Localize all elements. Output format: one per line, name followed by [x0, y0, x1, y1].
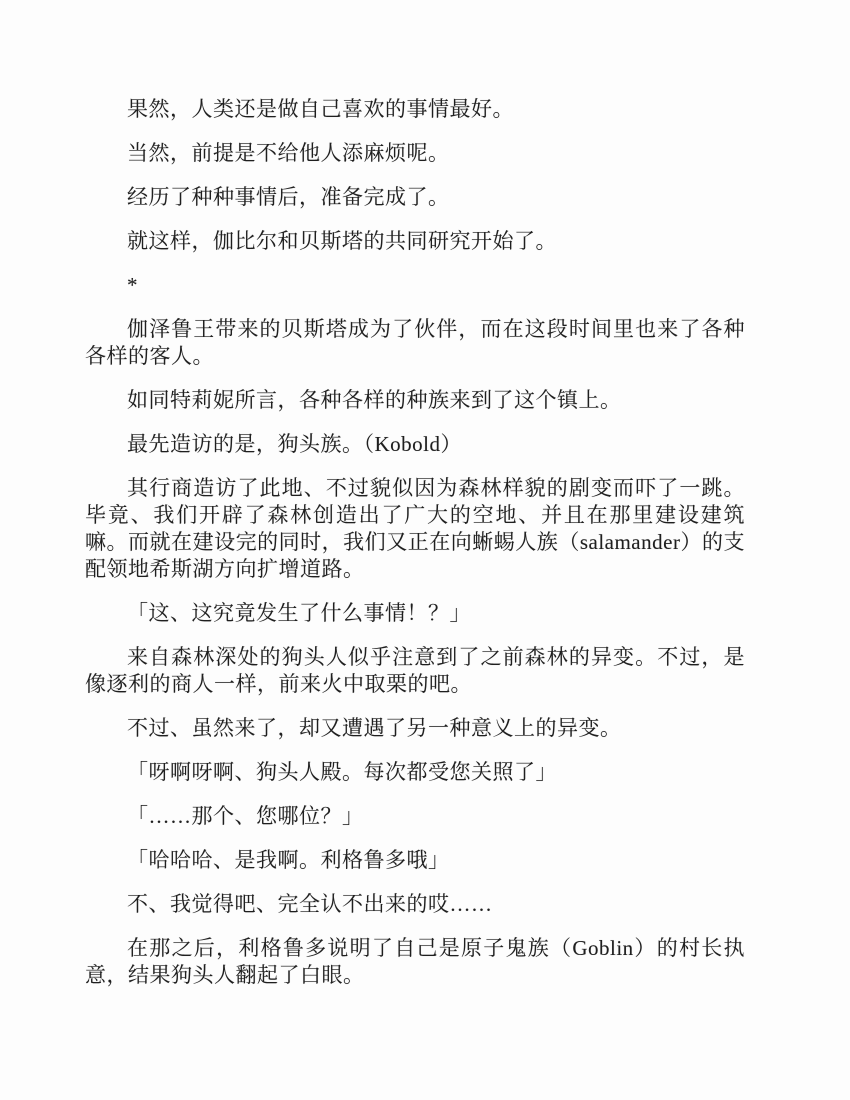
dialogue-line: 「……那个、您哪位？」 [85, 803, 745, 830]
paragraph: 最先造访的是，狗头族。（Kobold） [85, 431, 745, 458]
paragraph: 如同特莉妮所言，各种各样的种族来到了这个镇上。 [85, 387, 745, 414]
section-separator: * [85, 272, 745, 299]
document-page: 果然，人类还是做自己喜欢的事情最好。 当然，前提是不给他人添麻烦呢。 经历了种种… [0, 0, 850, 1100]
dialogue-line: 「呀啊呀啊、狗头人殿。每次都受您关照了」 [85, 759, 745, 786]
paragraph: 就这样，伽比尔和贝斯塔的共同研究开始了。 [85, 228, 745, 255]
paragraph: 在那之后，利格鲁多说明了自己是原子鬼族（Goblin）的村长执意，结果狗头人翻起… [85, 935, 745, 989]
paragraph: 其行商造访了此地、不过貌似因为森林样貌的剧变而吓了一跳。毕竟、我们开辟了森林创造… [85, 475, 745, 583]
dialogue-line: 「哈哈哈、是我啊。利格鲁多哦」 [85, 847, 745, 874]
dialogue-line: 「这、这究竟发生了什么事情！？」 [85, 600, 745, 627]
paragraph: 当然，前提是不给他人添麻烦呢。 [85, 140, 745, 167]
paragraph: 果然，人类还是做自己喜欢的事情最好。 [85, 96, 745, 123]
paragraph: 经历了种种事情后，准备完成了。 [85, 184, 745, 211]
paragraph: 不过、虽然来了，却又遭遇了另一种意义上的异变。 [85, 715, 745, 742]
paragraph: 伽泽鲁王带来的贝斯塔成为了伙伴，而在这段时间里也来了各种各样的客人。 [85, 316, 745, 370]
paragraph: 来自森林深处的狗头人似乎注意到了之前森林的异变。不过，是像逐利的商人一样，前来火… [85, 644, 745, 698]
paragraph: 不、我觉得吧、完全认不出来的哎…… [85, 891, 745, 918]
